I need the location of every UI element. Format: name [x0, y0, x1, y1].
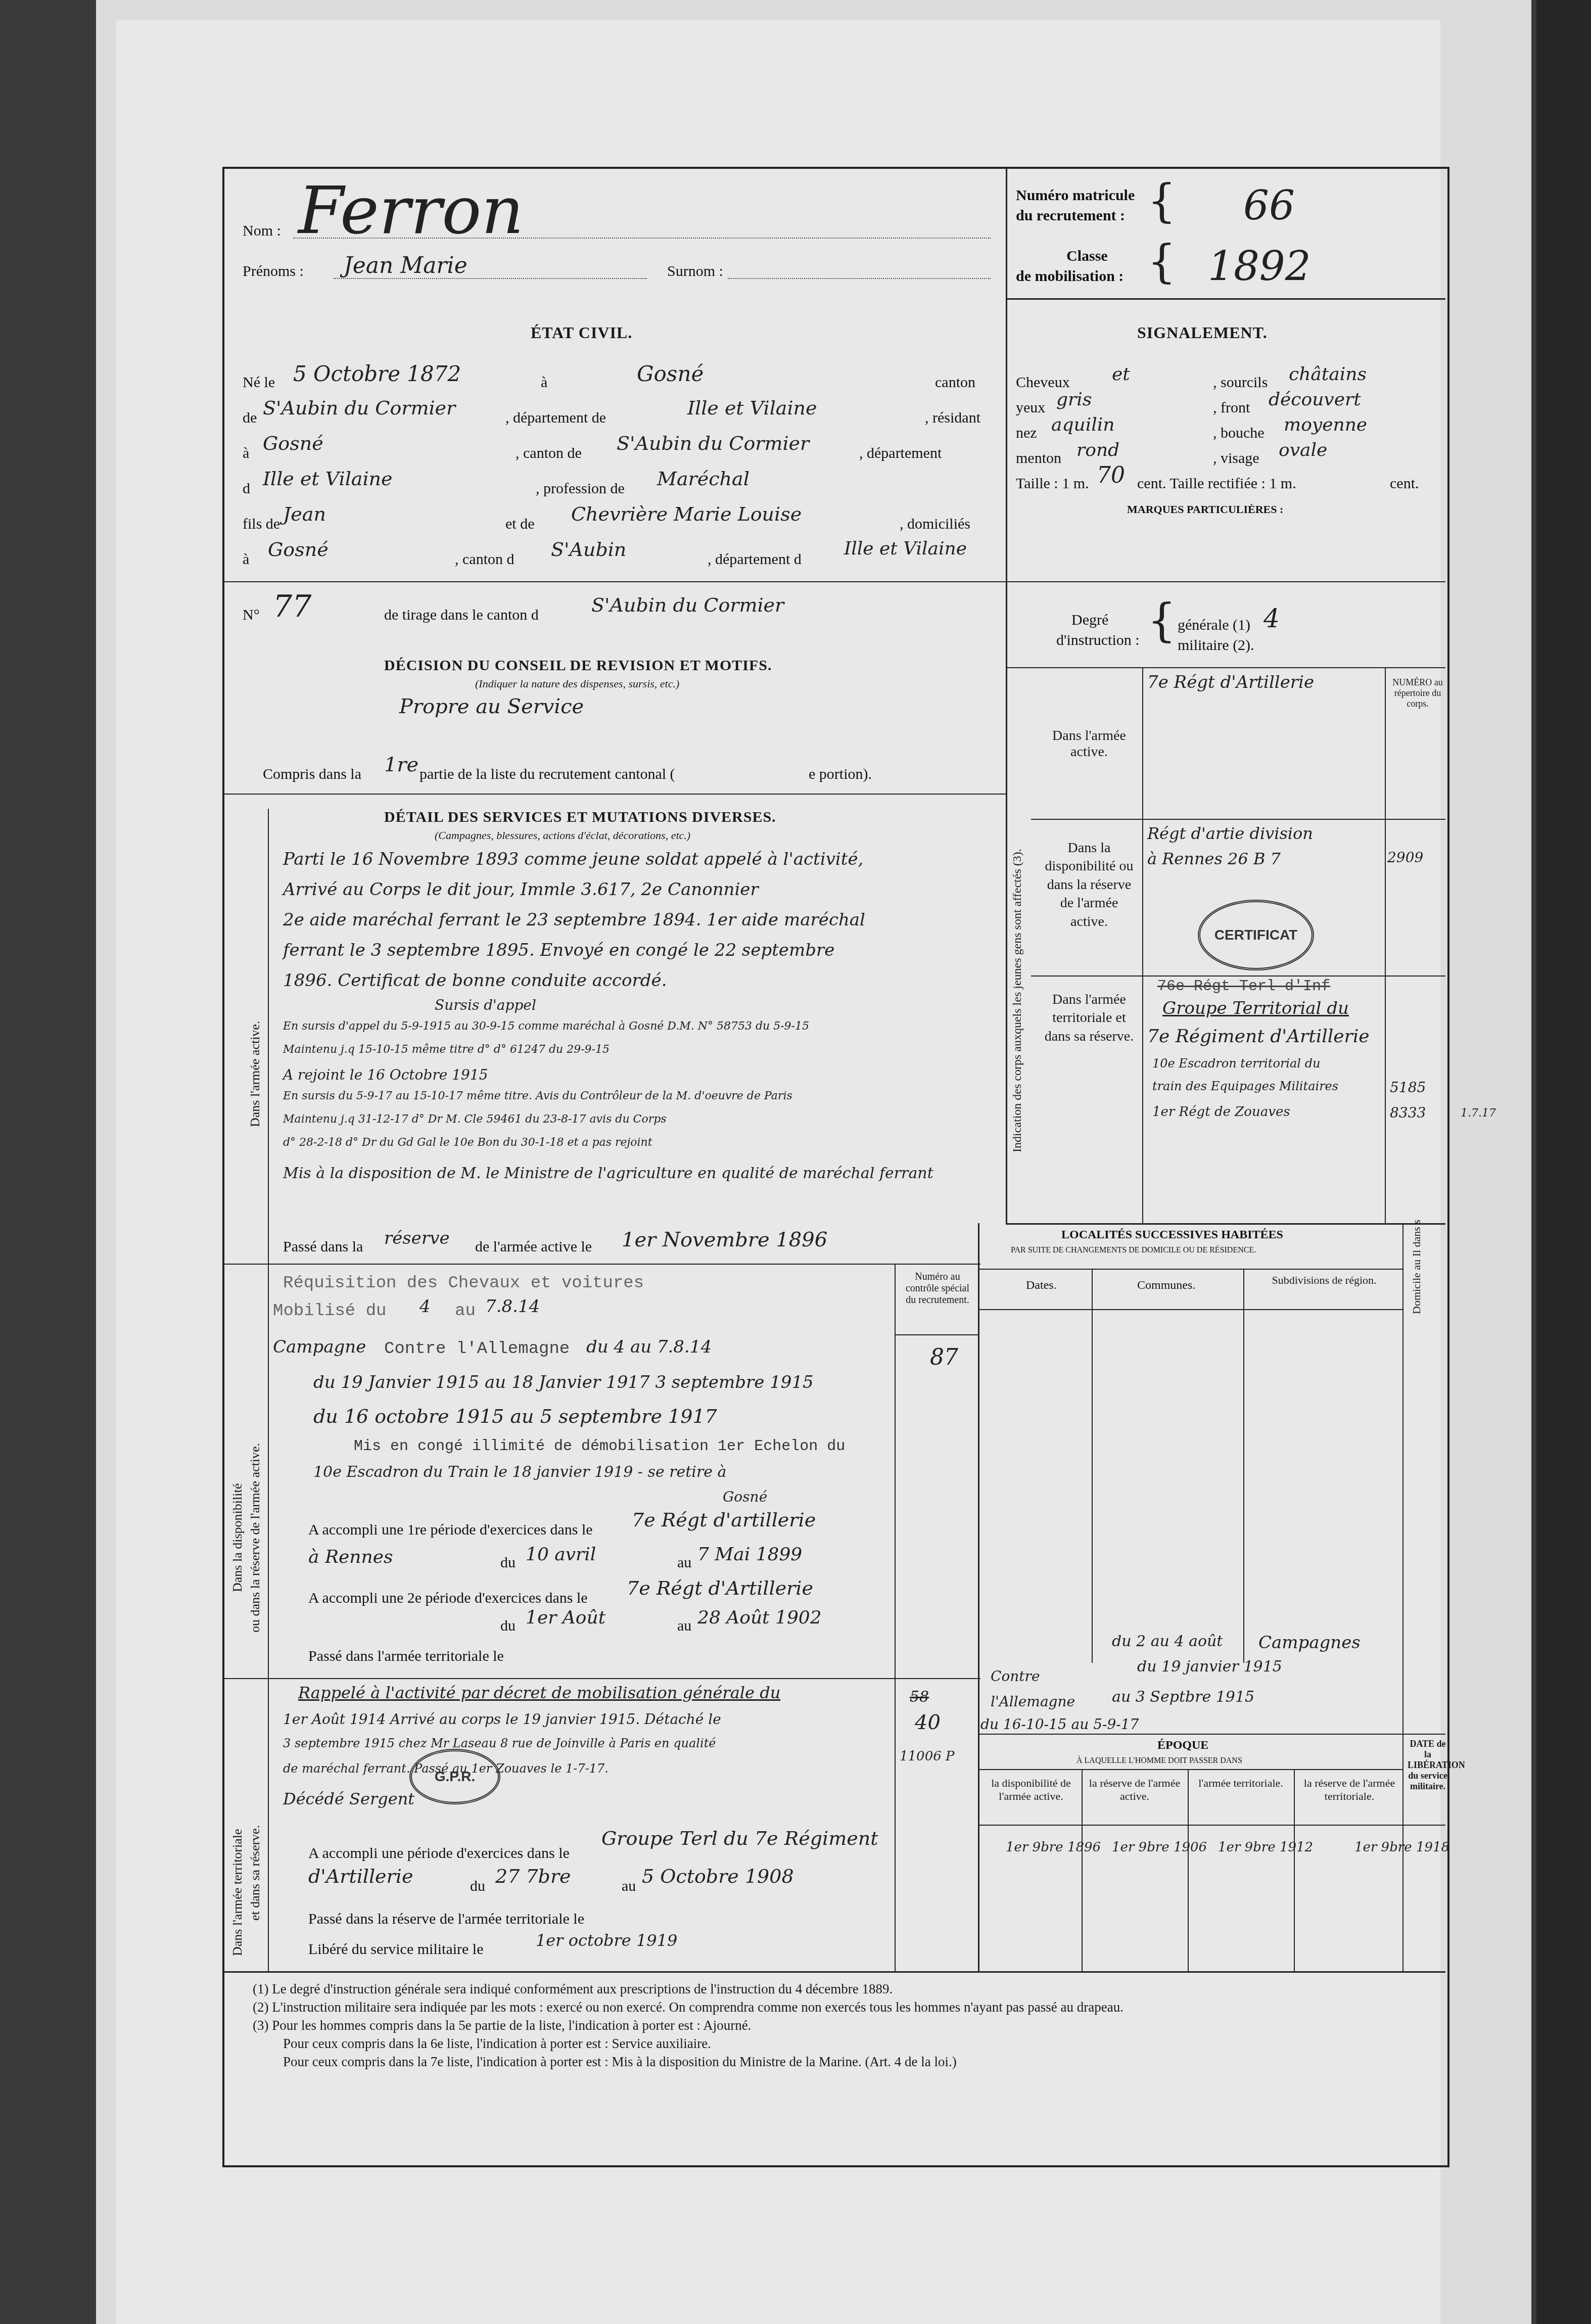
divider [1006, 298, 1445, 300]
visage-label: , visage [1213, 450, 1259, 467]
nom-line [293, 238, 991, 239]
departement-label: , département de [505, 409, 606, 427]
terr-corps: 1er Régt de Zouaves [1152, 1104, 1290, 1120]
mere-label: et de [505, 516, 534, 533]
surnom-label: Surnom : [667, 263, 723, 280]
territoriale-periode-label: A accompli une période d'exercices dans … [308, 1845, 570, 1862]
service-line: Sursis d'appel [283, 997, 1001, 1020]
passe-label: Passé dans la [283, 1238, 363, 1256]
service-line: Maintenu j.q 15-10-15 même titre d° d° 6… [283, 1043, 1001, 1066]
divider [268, 809, 269, 1264]
periode2-au: 28 Août 1902 [697, 1607, 822, 1628]
divider [1294, 1769, 1295, 1971]
divider [1031, 975, 1445, 977]
libere-label: Libéré du service militaire le [308, 1941, 484, 1958]
territoriale-line: Rappelé à l'activité par décret de mobil… [298, 1683, 780, 1702]
front-value: découvert [1269, 389, 1361, 410]
divider [1006, 1223, 1445, 1225]
taille-rectifiee-label: cent. Taille rectifiée : 1 m. [1137, 475, 1296, 492]
taille-cent-label: cent. [1390, 475, 1419, 492]
profession-value: Maréchal [657, 468, 750, 490]
divider [978, 1309, 1402, 1310]
sourcils-label: , sourcils [1213, 374, 1268, 391]
matricule-value: 66 [1243, 182, 1295, 229]
brace-icon: { [1147, 235, 1176, 288]
passe-label-2: de l'armée active le [475, 1238, 592, 1256]
footnote: Pour ceux compris dans la 7e liste, l'in… [253, 2054, 1440, 2072]
canton-naissance: S'Aubin du Cormier [263, 397, 455, 419]
services-lines: Parti le 16 Novembre 1893 comme jeune so… [283, 849, 1001, 1190]
epoque-value: 1er 9bre 1896 [1006, 1840, 1101, 1855]
disponibilite-no: 2909 [1387, 849, 1423, 866]
tirage-no: 77 [273, 589, 311, 624]
binding-edge [1536, 0, 1591, 2324]
territoriale-side-label-2: et dans sa réserve. [248, 1825, 263, 1921]
campagne-line: du 16 octobre 1915 au 5 septembre 1917 [313, 1405, 717, 1427]
compris-label: Compris dans la [263, 766, 361, 783]
parents-canton-label: , canton d [455, 551, 514, 568]
divider [978, 1734, 1445, 1735]
divider [222, 581, 1006, 582]
footnote: (1) Le degré d'instruction générale sera… [253, 1981, 1440, 2000]
controle-no: 11006 P [900, 1749, 954, 1764]
divider [1385, 667, 1386, 1223]
classe-label-2: de mobilisation : [1016, 268, 1124, 285]
generale-value: 4 [1264, 604, 1280, 633]
parents-canton: S'Aubin [551, 538, 626, 561]
taille-value: 70 [1097, 462, 1125, 488]
divider [1006, 581, 1445, 582]
col-subdivisions: Subdivisions de région. [1264, 1274, 1385, 1287]
surnom-line [728, 278, 991, 279]
active-label: Dans l'armée active. [1041, 728, 1137, 760]
territoriale-periode-corps: Groupe Terl du 7e Régiment [601, 1827, 878, 1849]
stamp-text: CERTIFICAT [1214, 927, 1297, 943]
divider-main [1006, 167, 1007, 1223]
decision-title: DÉCISION DU CONSEIL DE REVISION ET MOTIF… [384, 657, 772, 674]
divider [222, 1264, 980, 1265]
ne-le-value: 5 Octobre 1872 [293, 361, 461, 386]
taille-label: Taille : 1 m. [1016, 475, 1089, 492]
tirage-canton: S'Aubin du Cormier [591, 594, 784, 616]
visage-value: ovale [1279, 440, 1327, 460]
campagne-typed: Contre l'Allemagne [384, 1339, 570, 1359]
active-corps: 7e Régt d'Artillerie [1147, 672, 1314, 692]
controle-no: 87 [930, 1344, 958, 1370]
territoriale-line: Décédé Sergent [283, 1789, 414, 1808]
territoriale-periode-corps2: d'Artillerie [308, 1865, 413, 1887]
divider [1402, 1223, 1403, 1971]
resident-label: , résidant [925, 409, 980, 427]
controle-no: 58 [910, 1688, 929, 1706]
menton-label: menton [1016, 450, 1061, 467]
periode1-corps: 7e Régt d'artillerie [632, 1509, 816, 1531]
epoque-subtitle: À LAQUELLE L'HOMME DOIT PASSER DANS [1077, 1756, 1242, 1765]
service-line: Maintenu j.q 31-12-17 d° Dr M. Cle 59461… [283, 1113, 1001, 1136]
generale-label: générale (1) [1178, 617, 1250, 634]
divider [895, 1334, 978, 1335]
d-label: d [243, 480, 250, 497]
territoriale-line: 3 septembre 1915 chez Mr Laseau 8 rue de… [283, 1736, 716, 1750]
tirage-label: de tirage dans le canton d [384, 607, 539, 624]
territoriale-du: 27 7bre [495, 1865, 571, 1887]
divider [978, 1825, 1445, 1826]
campagnes-note: du 19 janvier 1915 [1137, 1658, 1282, 1676]
yeux-value: gris [1056, 389, 1092, 410]
footnotes: (1) Le degré d'instruction générale sera… [253, 1981, 1440, 2072]
localites-side-label: Domicile au Il dans s [1410, 1220, 1423, 1314]
terr-corps: 7e Régiment d'Artillerie [1147, 1026, 1370, 1047]
matricule-label-2: du recrutement : [1016, 207, 1125, 224]
passe-date: 1er Novembre 1896 [622, 1228, 827, 1251]
requisition-stamp: Réquisition des Chevaux et voitures [283, 1274, 644, 1293]
prenoms-line [334, 278, 647, 279]
nom-label: Nom : [243, 222, 281, 240]
nez-label: nez [1016, 425, 1037, 442]
service-line: Arrivé au Corps le dit jour, Immle 3.617… [283, 879, 1001, 910]
matricule-label-1: Numéro matricule [1016, 187, 1135, 204]
periode1-label: A accompli une 1re période d'exercices d… [308, 1521, 593, 1539]
de-label: de [243, 409, 257, 427]
campagne-dates: du 4 au 7.8.14 [586, 1337, 712, 1357]
territoriale-du-label: du [470, 1878, 485, 1895]
disponibilite-side-label: Dans la disponibilité [230, 1483, 245, 1592]
service-line: 2e aide maréchal ferrant le 23 septembre… [283, 910, 1001, 940]
canton-label: canton [935, 374, 975, 391]
service-line: d° 28-2-18 d° Dr du Gd Gal le 10e Bon du… [283, 1136, 1001, 1165]
periode2-au-label: au [677, 1617, 691, 1635]
corps-vertical-label: Indication des corps auxquels les jeunes… [1011, 849, 1024, 1152]
divider [1188, 1769, 1189, 1971]
profession-label: , profession de [536, 480, 625, 497]
territoriale-label: Dans l'armée territoriale et dans sa rés… [1041, 991, 1137, 1046]
pere-value: Jean [283, 503, 326, 525]
divider [268, 1678, 269, 1971]
epoque-title: ÉPOQUE [1157, 1739, 1208, 1752]
departement-naissance: Ille et Vilaine [687, 397, 817, 419]
cheveux-label: Cheveux [1016, 374, 1070, 391]
terr-corps: 10e Escadron territorial du [1152, 1056, 1320, 1071]
portion-label: e portion). [809, 766, 872, 783]
compris-label-2: partie de la liste du recrutement canton… [419, 766, 675, 783]
divider [1031, 819, 1445, 820]
bouche-value: moyenne [1284, 414, 1367, 435]
localites-title: LOCALITÉS SUCCESSIVES HABITÉES [1061, 1228, 1283, 1242]
classe-label-1: Classe [1066, 248, 1108, 265]
parents-lieu: Gosné [268, 538, 329, 561]
periode2-du-label: du [500, 1617, 516, 1635]
periode1-du-label: du [500, 1554, 516, 1571]
nez-value: aquilin [1051, 414, 1114, 435]
disponibilite-label: Dans la disponibilité ou dans la réserve… [1041, 839, 1137, 931]
territoriale-line: 1er Août 1914 Arrivé au corps le 19 janv… [283, 1711, 721, 1728]
periode1-lieu: à Rennes [308, 1547, 393, 1567]
service-line: 1896. Certificat de bonne conduite accor… [283, 970, 1001, 997]
marques-label: MARQUES PARTICULIÈRES : [1127, 503, 1283, 516]
epoque-col: la réserve de l'armée territoriale. [1299, 1777, 1400, 1803]
campagnes-note: au 3 Septbre 1915 [1112, 1688, 1254, 1706]
col-dates: Dates. [1026, 1279, 1057, 1292]
periode1-au-label: au [677, 1554, 691, 1571]
controle-no: 40 [915, 1711, 941, 1734]
terr-corps: Groupe Territorial du [1162, 998, 1349, 1018]
divider [1243, 1269, 1244, 1663]
decision-motif: Propre au Service [399, 695, 584, 718]
divider [978, 1269, 1402, 1270]
terr-corps: train des Equipages Militaires [1152, 1079, 1338, 1093]
terr-number: 5185 [1390, 1079, 1426, 1096]
terr-number: 8333 [1390, 1104, 1426, 1121]
canton-de-label: , canton de [516, 445, 582, 462]
etat-civil-title: ÉTAT CIVIL. [531, 323, 632, 342]
gpr-stamp: G.P.R. [409, 1749, 500, 1804]
conge-line: 10e Escadron du Train le 18 janvier 1919… [313, 1463, 726, 1481]
brace-icon: { [1147, 174, 1176, 227]
services-subtitle: (Campagnes, blessures, actions d'éclat, … [435, 829, 690, 842]
service-line: A rejoint le 16 Octobre 1915 [283, 1066, 1001, 1090]
domicilies-label: , domiciliés [900, 516, 970, 533]
footnote: (3) Pour les hommes compris dans la 5e p… [253, 2018, 1440, 2036]
divider [222, 1678, 980, 1679]
parents-dept: Ille et Vilaine [844, 538, 967, 559]
residence-a-label: à [243, 445, 249, 462]
footnote: (2) L'instruction militaire sera indiqué… [253, 2000, 1440, 2018]
epoque-value: 1er 9bre 1906 [1112, 1840, 1207, 1855]
sourcils-value: châtains [1289, 364, 1367, 385]
disponibilite-corps: à Rennes 26 B 7 [1147, 849, 1281, 868]
tirage-no-label: N° [243, 607, 260, 624]
cheveux-value: et [1112, 364, 1130, 385]
residence-departement: Ille et Vilaine [263, 468, 393, 490]
divider-main-lower [978, 1223, 979, 1971]
passe-territoriale-label: Passé dans l'armée territoriale le [308, 1648, 504, 1665]
fils-label: fils de [243, 516, 280, 533]
campagnes-note: du 16-10-15 au 5-9-17 [980, 1716, 1139, 1733]
parents-dept-label: , département d [708, 551, 802, 568]
campagnes-note: l'Allemagne [991, 1693, 1075, 1710]
divider [222, 1971, 1445, 1973]
service-line: Parti le 16 Novembre 1893 comme jeune so… [283, 849, 1001, 879]
libere-value: 1er octobre 1919 [536, 1931, 677, 1950]
decision-subtitle: (Indiquer la nature des dispenses, sursi… [475, 677, 679, 690]
disponibilite-corps: Régt d'artie division [1147, 824, 1313, 843]
service-line: ferrant le 3 septembre 1895. Envoyé en c… [283, 940, 1001, 970]
departement-label: , département [859, 445, 942, 462]
epoque-value: 1er 9bre 1912 [1218, 1840, 1313, 1855]
periode1-du: 10 avril [526, 1544, 596, 1565]
divider [978, 1769, 1402, 1770]
periode1-au: 7 Mai 1899 [697, 1544, 802, 1565]
periode2-du: 1er Août [526, 1607, 605, 1628]
terr-side-note: 1.7.17 [1461, 1107, 1496, 1120]
territoriale-au: 5 Octobre 1908 [642, 1865, 794, 1887]
residence-canton: S'Aubin du Cormier [617, 432, 809, 454]
epoque-col: la disponibilité de l'armée active. [983, 1777, 1079, 1803]
parents-a-label: à [243, 551, 249, 568]
divider [1092, 1269, 1093, 1663]
divider [895, 1264, 896, 1971]
localites-subtitle: PAR SUITE DE CHANGEMENTS DE DOMICILE OU … [1011, 1246, 1256, 1255]
divider [1082, 1769, 1083, 1971]
terr-corps: 76e Régt Terl d'Inf [1157, 978, 1330, 995]
divider [222, 794, 1006, 795]
epoque-col: l'armée territoriale. [1193, 1777, 1289, 1790]
service-line: Mis à la disposition de M. le Ministre d… [283, 1165, 1001, 1190]
mobilise-au: 7.8.14 [485, 1296, 540, 1317]
campagnes-note: Contre [991, 1668, 1040, 1685]
degre-label: Degré [1071, 612, 1108, 629]
yeux-label: yeux [1016, 399, 1045, 416]
territoriale-side-label: Dans l'armée territoriale [230, 1829, 245, 1956]
ne-le-label: Né le [243, 374, 275, 391]
divider [1006, 667, 1445, 668]
campagne-line: du 19 Janvier 1915 au 18 Janvier 1917 3 … [313, 1372, 814, 1392]
conge-line: Gosné [723, 1489, 767, 1505]
degre-label-2: d'instruction : [1056, 632, 1140, 649]
residence: Gosné [263, 432, 323, 454]
periode2-corps: 7e Régt d'Artillerie [627, 1577, 813, 1599]
territoriale-au-label: au [622, 1878, 636, 1895]
service-line: En sursis d'appel du 5-9-1915 au 30-9-15… [283, 1020, 1001, 1043]
periode2-label: A accompli une 2e période d'exercices da… [308, 1590, 588, 1607]
conge-line: Mis en congé illimité de démobilisation … [354, 1438, 845, 1455]
controle-header: Numéro au contrôle spécial du recrutemen… [900, 1271, 975, 1306]
lieu-naissance: Gosné [637, 361, 704, 386]
militaire-label: militaire (2). [1178, 637, 1254, 654]
partie-value: 1re [384, 753, 418, 776]
epoque-value: 1er 9bre 1918 [1354, 1840, 1449, 1855]
a-label: à [541, 374, 547, 391]
date-liberation-header: DATE de la LIBÉRATION du service militai… [1408, 1739, 1448, 1792]
campagne-label: Campagne [273, 1337, 366, 1357]
disponibilite-side-label-2: ou dans la réserve de l'armée active. [248, 1443, 263, 1633]
classe-value: 1892 [1208, 243, 1311, 290]
mobilise-au-label: au [455, 1302, 476, 1321]
services-side-label: Dans l'armée active. [248, 1021, 263, 1127]
bouche-label: , bouche [1213, 425, 1265, 442]
numero-label: NUMÉRO au répertoire du corps. [1392, 677, 1443, 709]
epoque-col: la réserve de l'armée active. [1087, 1777, 1183, 1803]
stamp-text: G.P.R. [435, 1769, 475, 1785]
reserve-terr-label: Passé dans la réserve de l'armée territo… [308, 1911, 584, 1928]
mobilise-label: Mobilisé du [273, 1302, 386, 1321]
mobilise-du: 4 [419, 1296, 431, 1317]
certificat-stamp: CERTIFICAT [1198, 900, 1314, 970]
mere-value: Chevrière Marie Louise [571, 503, 802, 525]
services-title: DÉTAIL DES SERVICES ET MUTATIONS DIVERSE… [384, 809, 776, 826]
campagnes-note: Campagnes [1258, 1633, 1361, 1653]
signalement-title: SIGNALEMENT. [1137, 323, 1268, 342]
col-communes: Communes. [1137, 1279, 1195, 1292]
prenoms-label: Prénoms : [243, 263, 304, 280]
divider [1142, 667, 1143, 1223]
divider [268, 1264, 269, 1678]
front-label: , front [1213, 399, 1250, 416]
passe-reserve: réserve [384, 1228, 450, 1248]
menton-value: rond [1077, 440, 1119, 460]
footnote: Pour ceux compris dans la 6e liste, l'in… [253, 2036, 1440, 2054]
brace-icon: { [1147, 594, 1176, 647]
prenoms-value: Jean Marie [344, 253, 467, 278]
service-line: En sursis du 5-9-17 au 15-10-17 même tit… [283, 1090, 1001, 1113]
campagnes-note: du 2 au 4 août [1112, 1633, 1223, 1650]
